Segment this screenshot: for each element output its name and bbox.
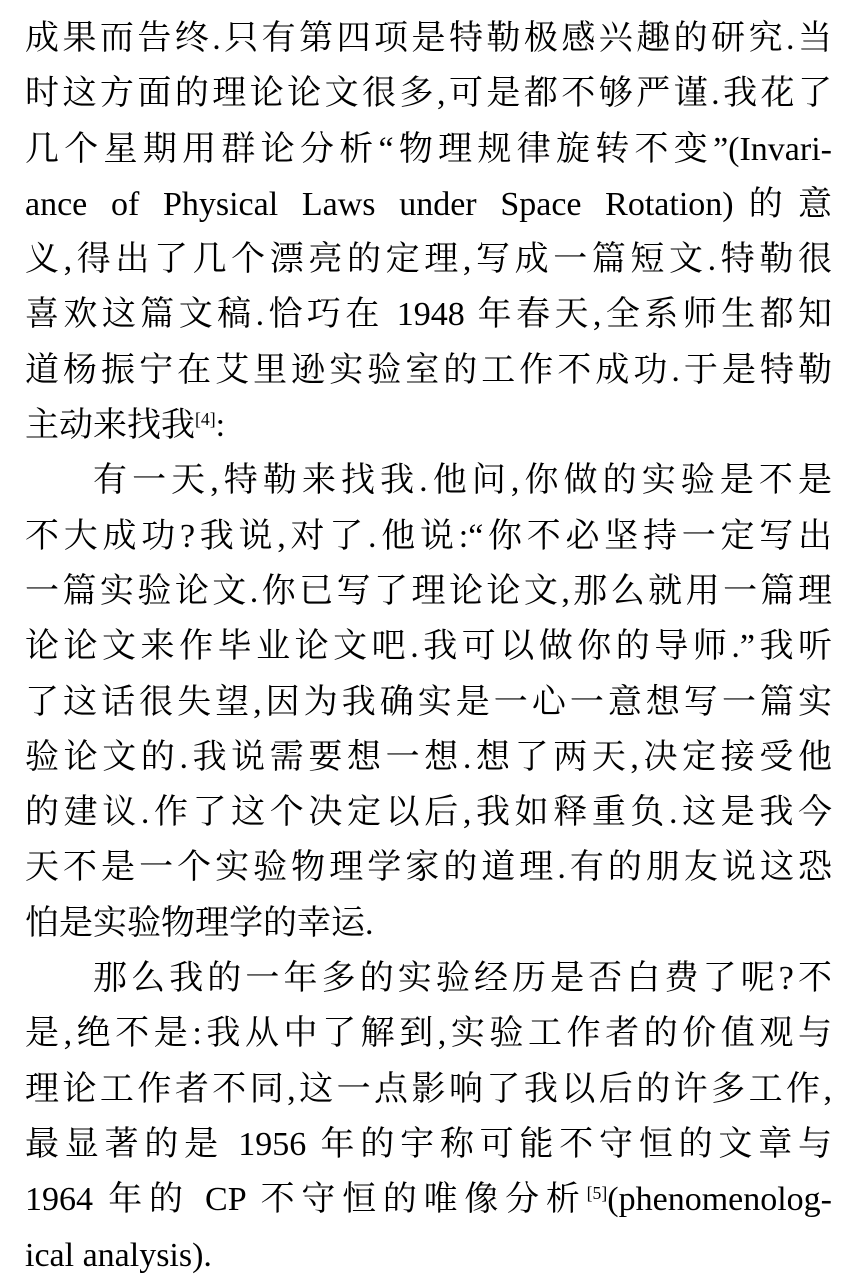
text-line: 喜欢这篇文稿.恰巧在 1948 年春天,全系师生都知 bbox=[25, 287, 832, 342]
text-line: 验论文的.我说需要想一想.想了两天,决定接受他 bbox=[25, 730, 832, 785]
text-line: ance of Physical Laws under Space Rotati… bbox=[25, 177, 832, 232]
paragraph-narrative-0: 成果而告终.只有第四项是特勒极感兴趣的研究.当时这方面的理论论文很多,可是都不够… bbox=[25, 11, 832, 453]
text-line: 天不是一个实验物理学家的道理.有的朋友说这恐 bbox=[25, 840, 832, 895]
paragraph-quote: 有一天,特勒来找我.他问,你做的实验是不是不大成功?我说,对了.他说:“你不必坚… bbox=[25, 453, 832, 951]
text-line: 论论文来作毕业论文吧.我可以做你的导师.”我听 bbox=[25, 619, 832, 674]
text-line: 那么我的一年多的实验经历是否白费了呢?不 bbox=[25, 951, 832, 1006]
footnote-ref: [4] bbox=[195, 409, 216, 429]
text-content: 成果而告终.只有第四项是特勒极感兴趣的研究.当时这方面的理论论文很多,可是都不够… bbox=[25, 11, 832, 1283]
text-line: 几个星期用群论分析“物理规律旋转不变”(Invari- bbox=[25, 122, 832, 177]
text-line: 最显著的是 1956 年的宇称可能不守恒的文章与 bbox=[25, 1117, 832, 1172]
text-line: 怕是实验物理学的幸运. bbox=[25, 896, 832, 951]
text-line: 一篇实验论文.你已写了理论论文,那么就用一篇理 bbox=[25, 564, 832, 619]
text-line: 义,得出了几个漂亮的定理,写成一篇短文.特勒很 bbox=[25, 232, 832, 287]
text-line: ical analysis). bbox=[25, 1228, 832, 1283]
text-line: 道杨振宁在艾里逊实验室的工作不成功.于是特勒 bbox=[25, 343, 832, 398]
text-line: 的建议.作了这个决定以后,我如释重负.这是我今 bbox=[25, 785, 832, 840]
text-line: 有一天,特勒来找我.他问,你做的实验是不是 bbox=[25, 453, 832, 508]
paragraph-narrative-2: 那么我的一年多的实验经历是否白费了呢?不是,绝不是:我从中了解到,实验工作者的价… bbox=[25, 951, 832, 1283]
text-line: 1964 年的 CP 不守恒的唯像分析[5](phenomenolog- bbox=[25, 1172, 832, 1227]
text-line: 理论工作者不同,这一点影响了我以后的许多工作, bbox=[25, 1062, 832, 1117]
text-line: 了这话很失望,因为我确实是一心一意想写一篇实 bbox=[25, 675, 832, 730]
text-line: 时这方面的理论论文很多,可是都不够严谨.我花了 bbox=[25, 66, 832, 121]
text-line: 主动来找我[4]: bbox=[25, 398, 832, 453]
text-line: 是,绝不是:我从中了解到,实验工作者的价值观与 bbox=[25, 1006, 832, 1061]
footnote-ref: [5] bbox=[587, 1183, 608, 1203]
text-line: 成果而告终.只有第四项是特勒极感兴趣的研究.当 bbox=[25, 11, 832, 66]
text-line: 不大成功?我说,对了.他说:“你不必坚持一定写出 bbox=[25, 509, 832, 564]
page: 成果而告终.只有第四项是特勒极感兴趣的研究.当时这方面的理论论文很多,可是都不够… bbox=[0, 0, 862, 1284]
